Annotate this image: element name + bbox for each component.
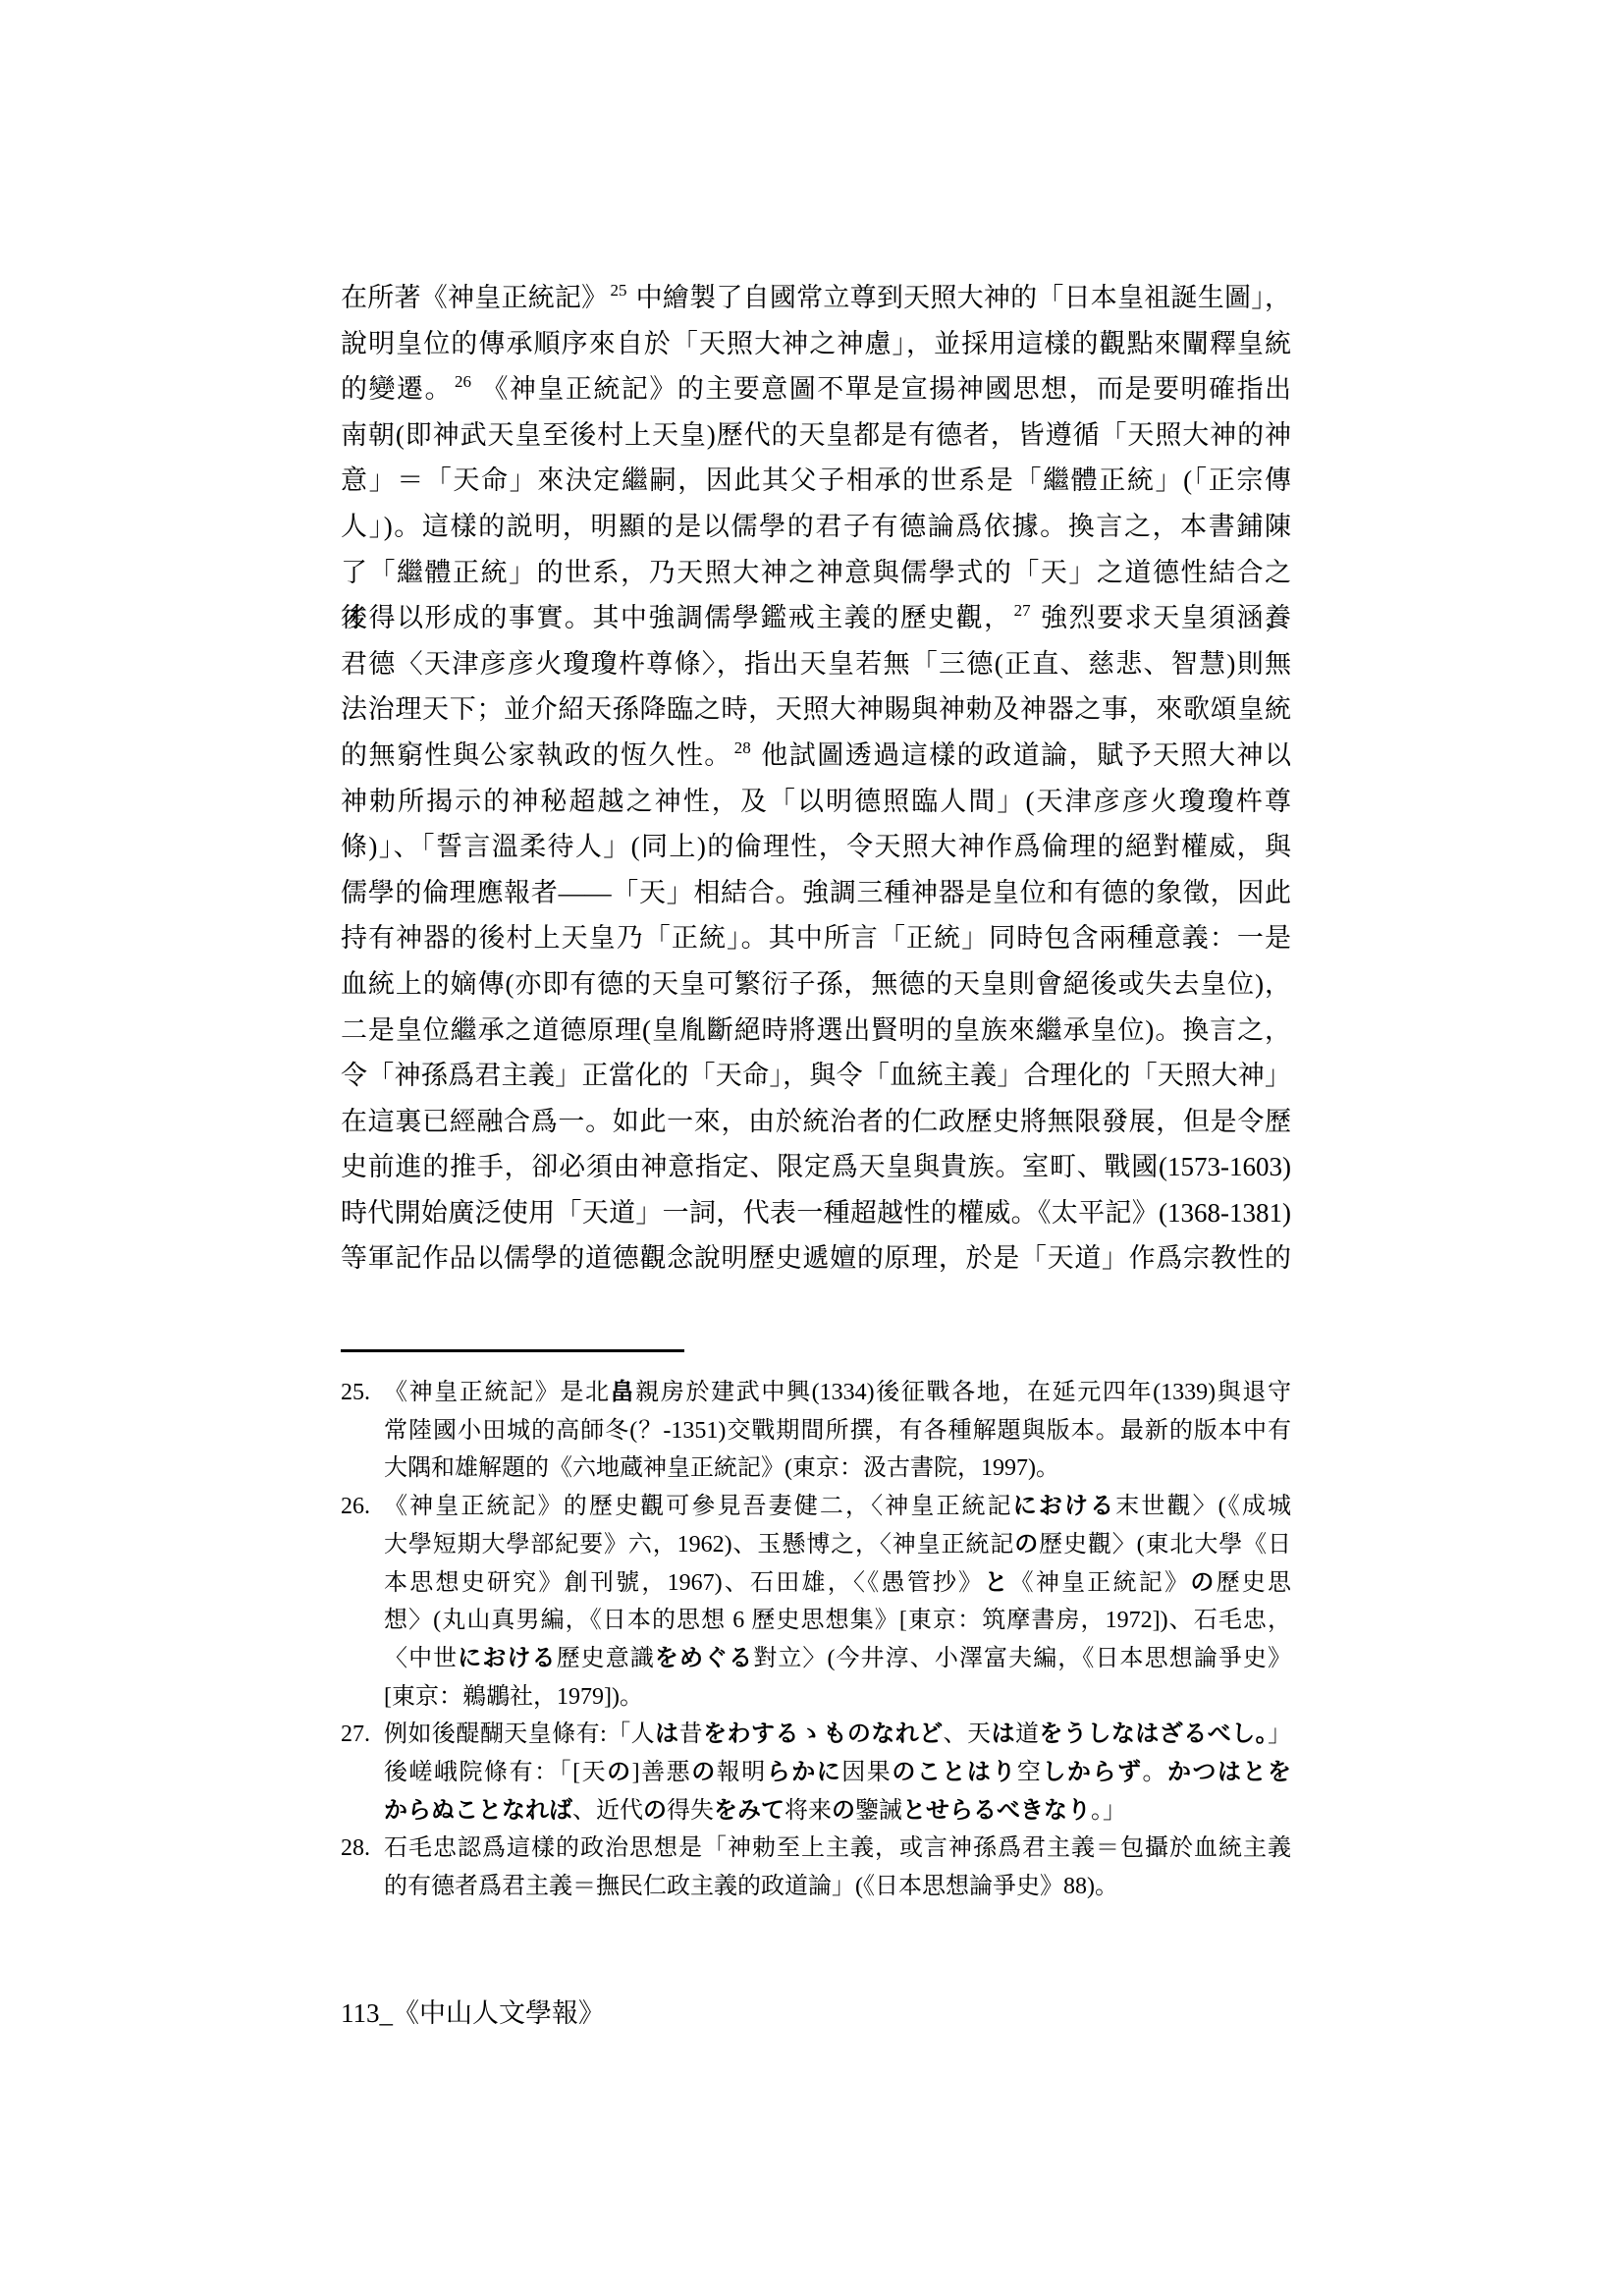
- footnote-kana-bold-segment: は: [655, 1721, 678, 1747]
- body-line: 神勅所揭示的神秘超越之神性，及「以明德照臨人間」(天津彦彦火瓊瓊杵尊: [341, 779, 1291, 825]
- footnote-ref: 26: [455, 372, 471, 391]
- footnote-text-segment: 得失: [667, 1798, 714, 1824]
- body-text-segment: 君德〈天津彦彦火瓊瓊杵尊條〉，指出天皇若無「三德(正直、慈悲、智慧)則無: [341, 649, 1291, 679]
- footnote-kana-bold-segment: とせらるべきなり: [902, 1797, 1091, 1824]
- footnote-text-segment: 昔: [679, 1722, 703, 1747]
- footnote-line: からぬことなれば、近代の得失をみて将来の鑒誡とせらるべきなり。」: [384, 1792, 1291, 1831]
- footnote-ref: 28: [734, 738, 751, 757]
- footnote-kana-bold-segment: の: [1014, 1531, 1039, 1558]
- body-line: 在所著《神皇正統記》25中繪製了自國常立尊到天照大神的「日本皇祖誕生圖」，: [341, 275, 1291, 321]
- footnote-kana-bold-segment: かつはとを: [1167, 1759, 1291, 1785]
- footnote-kana-bold-segment: をわするゝものなれど: [703, 1721, 944, 1747]
- footnote-kana-bold-segment: の: [691, 1759, 717, 1785]
- footnote-text-segment: 《神皇正統記》是北: [384, 1380, 611, 1405]
- body-line: 二是皇位繼承之道德原理(皇胤斷絕時將選出賢明的皇族來繼承皇位)。換言之，: [341, 1008, 1291, 1054]
- footnote-text-segment: 。」: [1091, 1798, 1126, 1824]
- body-text-segment: 說明皇位的傳承順序來自於「天照大神之神慮」，並採用這樣的觀點來闡釋皇統: [341, 329, 1291, 358]
- footnote-text-segment: 例如後醍醐天皇條有:「人: [384, 1722, 655, 1747]
- body-text-segment: 神勅所揭示的神秘超越之神性，及「以明德照臨人間」(天津彦彦火瓊瓊杵尊: [341, 787, 1291, 816]
- body-line: 法治理天下；並介紹天孫降臨之時，天照大神賜與神勅及神器之事，來歌頌皇統: [341, 686, 1291, 733]
- body-text-segment: 法治理天下；並介紹天孫降臨之時，天照大神賜與神勅及神器之事，來歌頌皇統: [341, 694, 1291, 724]
- page-footer: 113_《中山人文學報》: [341, 1995, 605, 2031]
- footnote-ref: 25: [610, 281, 626, 300]
- body-text-segment: 意」＝「天命」來決定繼嗣，因此其父子相承的世系是「繼體正統」(「正宗傳: [341, 465, 1291, 495]
- footnote-kana-bold-segment: の: [832, 1797, 855, 1824]
- body-text-segment: 《神皇正統記》的主要意圖不單是宣揚神國思想，而是要明確指出: [480, 374, 1291, 404]
- body-text-segment: 等軍記作品以儒學的道德觀念說明歷史遞嬗的原理，於是「天道」作爲宗教性的: [341, 1243, 1291, 1273]
- footnote-line: 的有德者爲君主義＝撫民仁政主義的政道論」(《日本思想論爭史》88)。: [384, 1868, 1291, 1906]
- footnote-text-segment: 對立〉(今井淳、小澤富夫編，《日本思想論爭史》: [753, 1646, 1291, 1671]
- footnote-text-segment: 将来: [784, 1798, 832, 1824]
- body-text-segment: 的無窮性與公家執政的恆久性。: [341, 740, 732, 770]
- footnote-text-segment: 」: [1268, 1722, 1291, 1747]
- footnote-line: 《神皇正統記》是北畠親房於建武中興(1334)後征戰各地，在延元四年(1339)…: [384, 1374, 1291, 1412]
- footnote-text-segment: 歷史意識: [557, 1646, 655, 1671]
- footnote-text-segment: 大學短期大學部紀要》六，1962)、玉懸博之，〈神皇正統記: [384, 1532, 1014, 1558]
- footnote-number: 25.: [341, 1374, 370, 1412]
- body-text-segment: 在所著《神皇正統記》: [341, 283, 608, 312]
- footnote-line: 例如後醍醐天皇條有:「人は昔をわするゝものなれど、天は道をうしなはざるべし。」: [384, 1716, 1291, 1754]
- footnote-kana-bold-segment: のことはり: [892, 1759, 1017, 1785]
- footnote-item: 28.石毛忠認爲這樣的政治思想是「神勅至上主義，或言神孫爲君主義＝包攝於血統主義…: [341, 1830, 1291, 1905]
- footnote-kana-bold-segment: の: [1190, 1569, 1216, 1596]
- footnote-separator: [341, 1349, 684, 1352]
- footnote-item: 27.例如後醍醐天皇條有:「人は昔をわするゝものなれど、天は道をうしなはざるべし…: [341, 1716, 1291, 1830]
- footnote-kana-bold-segment: の: [643, 1797, 667, 1824]
- footnote-line: 後嵯峨院條有：「[天の]善悪の報明らかに因果のことはり空しからず。かつはとを: [384, 1754, 1291, 1792]
- body-line: 令「神孫爲君主義」正當化的「天命」，與令「血統主義」合理化的「天照大神」: [341, 1053, 1291, 1099]
- body-text-segment: 南朝(即神武天皇至後村上天皇)歷代的天皇都是有德者，皆遵循「天照大神的神: [341, 420, 1291, 450]
- footnote-text-segment: 、天: [944, 1722, 992, 1747]
- footnote-text-segment: 、近代: [572, 1798, 643, 1824]
- body-text-segment: 中繪製了自國常立尊到天照大神的「日本皇祖誕生圖」，: [635, 283, 1291, 312]
- footnote-number: 27.: [341, 1716, 370, 1754]
- footnote-kana-bold-segment: における: [1013, 1493, 1115, 1519]
- footnote-kana-bold-segment: 畠: [611, 1379, 636, 1405]
- body-text-segment: 在這裏已經融合爲一。如此一來，由於統治者的仁政歷史將無限發展，但是令歷: [341, 1107, 1291, 1136]
- footnote-line: 大學短期大學部紀要》六，1962)、玉懸博之，〈神皇正統記の歷史觀〉(東北大學《…: [384, 1526, 1291, 1564]
- body-text-segment: 人」)。這樣的説明，明顯的是以儒學的君子有德論爲依據。換言之，本書鋪陳: [341, 512, 1291, 541]
- page-number-journal-title: 113_《中山人文學報》: [341, 1998, 605, 2028]
- footnote-text-segment: 〈中世: [384, 1646, 458, 1671]
- footnote-line: 石毛忠認爲這樣的政治思想是「神勅至上主義，或言神孫爲君主義＝包攝於血統主義: [384, 1830, 1291, 1868]
- body-text-segment: 強烈要求天皇須涵養: [1040, 603, 1291, 632]
- body-line: 君德〈天津彦彦火瓊瓊杵尊條〉，指出天皇若無「三德(正直、慈悲、智慧)則無: [341, 641, 1291, 687]
- footnote-line: 大隅和雄解題的《六地蔵神皇正統記》(東京：汲古書院，1997)。: [384, 1449, 1291, 1488]
- footnote-text-segment: 歷史觀〉(東北大學《日: [1039, 1532, 1291, 1558]
- footnote-number: 26.: [341, 1488, 370, 1526]
- body-text-segment: 他試圖透過這樣的政道論，賦予天照大神以: [760, 740, 1291, 770]
- footnote-text-segment: ]善悪: [632, 1760, 692, 1785]
- footnote-kana-bold-segment: の: [607, 1759, 632, 1785]
- body-line: 條)」、「誓言溫柔待人」(同上)的倫理性，令天照大神作爲倫理的絕對權威，與: [341, 824, 1291, 870]
- footnote-text-segment: 報明: [717, 1760, 767, 1785]
- footnote-kana-bold-segment: からぬことなれば: [384, 1797, 572, 1824]
- body-text-segment: 持有神器的後村上天皇乃「正統」。其中所言「正統」同時包含兩種意義：一是: [341, 923, 1291, 953]
- body-text-segment: 才得以形成的事實。其中強調儒學鑑戒主義的歷史觀，: [341, 603, 1012, 632]
- footnote-text-segment: [東京：鵜鶘社，1979])。: [384, 1684, 643, 1710]
- body-line: 南朝(即神武天皇至後村上天皇)歷代的天皇都是有德者，皆遵循「天照大神的神: [341, 412, 1291, 459]
- footnote-kana-bold-segment: をみて: [714, 1797, 784, 1824]
- footnote-kana-bold-segment: をめぐる: [655, 1645, 753, 1671]
- body-line: 意」＝「天命」來決定繼嗣，因此其父子相承的世系是「繼體正統」(「正宗傳: [341, 458, 1291, 504]
- footnote-text-segment: 《神皇正統記》的歷史觀可參見吾妻健二，〈神皇正統記: [384, 1494, 1013, 1519]
- body-line: 等軍記作品以儒學的道德觀念說明歷史遞嬗的原理，於是「天道」作爲宗教性的: [341, 1235, 1291, 1282]
- footnote-text-segment: 鑒誡: [855, 1798, 902, 1824]
- body-line: 的變遷。26《神皇正統記》的主要意圖不單是宣揚神國思想，而是要明確指出: [341, 366, 1291, 412]
- footnote-line: [東京：鵜鶘社，1979])。: [384, 1678, 1291, 1717]
- footnote-text-segment: 本思想史研究》創刊號，1967)、石田雄，〈《愚管抄》: [384, 1570, 984, 1596]
- footnote-text-segment: 想〉(丸山真男編，《日本的思想 6 歷史思想集》[東京：筑摩書房，1972])、…: [384, 1608, 1291, 1633]
- footnote-kana-bold-segment: しからず: [1042, 1759, 1142, 1785]
- footnote-text-segment: 常陸國小田城的高師冬(？-1351)交戰期間所撰，有各種解題與版本。最新的版本中…: [384, 1418, 1291, 1444]
- body-text-segment: 血統上的嫡傳(亦即有德的天皇可繁衍子孫，無德的天皇則會絕後或失去皇位)，: [341, 969, 1291, 999]
- body-text-segment: 條)」、「誓言溫柔待人」(同上)的倫理性，令天照大神作爲倫理的絕對權威，與: [341, 832, 1291, 861]
- body-line: 史前進的推手，卻必須由神意指定、限定爲天皇與貴族。室町、戰國(1573-1603…: [341, 1144, 1291, 1190]
- footnote-text-segment: 末世觀〉(《成城: [1115, 1494, 1291, 1519]
- body-line: 說明皇位的傳承順序來自於「天照大神之神慮」，並採用這樣的觀點來闡釋皇統: [341, 321, 1291, 367]
- footnote-text-segment: 後嵯峨院條有：「[天: [384, 1760, 607, 1785]
- body-text-segment: 的變遷。: [341, 374, 453, 404]
- footnote-number: 28.: [341, 1830, 370, 1868]
- body-paragraph: 在所著《神皇正統記》25中繪製了自國常立尊到天照大神的「日本皇祖誕生圖」，說明皇…: [341, 275, 1291, 1282]
- document-page: 在所著《神皇正統記》25中繪製了自國常立尊到天照大神的「日本皇祖誕生圖」，說明皇…: [0, 0, 1623, 2296]
- body-line: 才得以形成的事實。其中強調儒學鑑戒主義的歷史觀，27強烈要求天皇須涵養: [341, 595, 1291, 641]
- body-text-segment: 二是皇位繼承之道德原理(皇胤斷絕時將選出賢明的皇族來繼承皇位)。換言之，: [341, 1015, 1291, 1045]
- footnote-item: 25.《神皇正統記》是北畠親房於建武中興(1334)後征戰各地，在延元四年(13…: [341, 1374, 1291, 1488]
- body-text-segment: 時代開始廣泛使用「天道」一詞，代表一種超越性的權威。《太平記》(1368-138…: [341, 1198, 1291, 1228]
- footnote-ref: 27: [1014, 601, 1031, 620]
- footnote-text-segment: 大隅和雄解題的《六地蔵神皇正統記》(東京：汲古書院，1997)。: [384, 1455, 1059, 1481]
- footnote-line: 〈中世における歷史意識をめぐる對立〉(今井淳、小澤富夫編，《日本思想論爭史》: [384, 1640, 1291, 1678]
- body-text-segment: 史前進的推手，卻必須由神意指定、限定爲天皇與貴族。室町、戰國(1573-1603…: [341, 1152, 1291, 1181]
- footnote-text-segment: 《神皇正統記》: [1010, 1570, 1191, 1596]
- body-text-segment: 儒學的倫理應報者——「天」相結合。強調三種神器是皇位和有德的象徵，因此: [341, 878, 1291, 907]
- footnote-text-segment: 石毛忠認爲這樣的政治思想是「神勅至上主義，或言神孫爲君主義＝包攝於血統主義: [384, 1835, 1291, 1861]
- body-text-segment: 令「神孫爲君主義」正當化的「天命」，與令「血統主義」合理化的「天照大神」: [341, 1061, 1291, 1090]
- footnote-text-segment: 道: [1015, 1722, 1039, 1747]
- footnote-text-segment: 因果: [841, 1760, 892, 1785]
- footnote-kana-bold-segment: と: [984, 1569, 1009, 1596]
- footnote-text-segment: 空: [1017, 1760, 1043, 1785]
- footnote-kana-bold-segment: らかに: [767, 1759, 842, 1785]
- body-line: 時代開始廣泛使用「天道」一詞，代表一種超越性的權威。《太平記》(1368-138…: [341, 1190, 1291, 1236]
- footnote-line: 常陸國小田城的高師冬(？-1351)交戰期間所撰，有各種解題與版本。最新的版本中…: [384, 1412, 1291, 1450]
- footnote-line: 想〉(丸山真男編，《日本的思想 6 歷史思想集》[東京：筑摩書房，1972])、…: [384, 1602, 1291, 1640]
- footnote-line: 《神皇正統記》的歷史觀可參見吾妻健二，〈神皇正統記における末世觀〉(《成城: [384, 1488, 1291, 1526]
- body-line: 了「繼體正統」的世系，乃天照大神之神意與儒學式的「天」之道德性結合之後，: [341, 550, 1291, 596]
- footnote-text-segment: 親房於建武中興(1334)後征戰各地，在延元四年(1339)與退守: [635, 1380, 1291, 1405]
- body-line: 血統上的嫡傳(亦即有德的天皇可繁衍子孫，無德的天皇則會絕後或失去皇位)，: [341, 961, 1291, 1008]
- footnote-line: 本思想史研究》創刊號，1967)、石田雄，〈《愚管抄》と《神皇正統記》の歷史思: [384, 1564, 1291, 1603]
- footnote-kana-bold-segment: における: [458, 1645, 556, 1671]
- footnote-text-segment: 歷史思: [1217, 1570, 1291, 1596]
- footnote-text-segment: 的有德者爲君主義＝撫民仁政主義的政道論」(《日本思想論爭史》88)。: [384, 1874, 1118, 1899]
- body-line: 在這裏已經融合爲一。如此一來，由於統治者的仁政歷史將無限發展，但是令歷: [341, 1099, 1291, 1145]
- footnote-text-segment: 。: [1142, 1760, 1167, 1785]
- footnote-kana-bold-segment: をうしなはざるべし。: [1040, 1721, 1269, 1747]
- body-line: 持有神器的後村上天皇乃「正統」。其中所言「正統」同時包含兩種意義：一是: [341, 915, 1291, 961]
- footnote-kana-bold-segment: は: [992, 1721, 1015, 1747]
- footnotes-section: 25.《神皇正統記》是北畠親房於建武中興(1334)後征戰各地，在延元四年(13…: [341, 1374, 1291, 1906]
- body-line: 儒學的倫理應報者——「天」相結合。強調三種神器是皇位和有德的象徵，因此: [341, 870, 1291, 916]
- body-line: 的無窮性與公家執政的恆久性。28他試圖透過這樣的政道論，賦予天照大神以: [341, 733, 1291, 779]
- body-line: 人」)。這樣的説明，明顯的是以儒學的君子有德論爲依據。換言之，本書鋪陳: [341, 504, 1291, 550]
- footnote-item: 26.《神皇正統記》的歷史觀可參見吾妻健二，〈神皇正統記における末世觀〉(《成城…: [341, 1488, 1291, 1716]
